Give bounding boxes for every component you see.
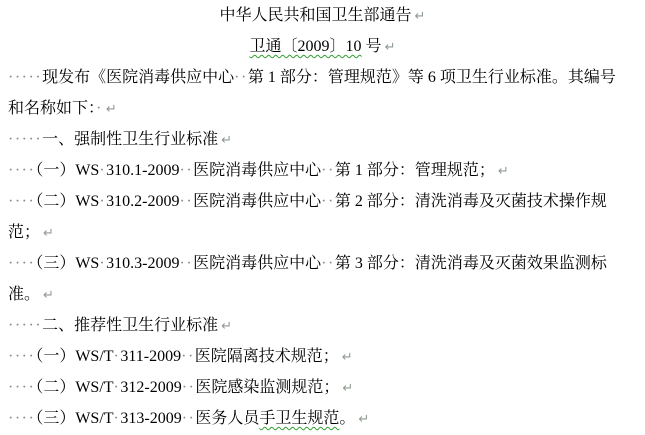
body-text: （三）WS	[35, 255, 99, 272]
space-marks: ·	[96, 100, 103, 117]
space-marks: ·····	[8, 69, 42, 86]
doc-number-wavy: 卫通〔2009〕10	[250, 38, 362, 55]
space-marks: ··	[179, 162, 193, 179]
space-marks: ··	[321, 193, 335, 210]
paragraph-mark-icon: ↵	[221, 319, 232, 334]
body-text: 第 1 部分：管理规范》等 6 项卫生行业标准。其编号	[248, 69, 616, 86]
paragraph-mark-icon: ↵	[221, 133, 232, 148]
body-text: 。	[339, 410, 355, 427]
section-heading-line: ·····二、推荐性卫生行业标准↵	[0, 310, 645, 341]
doc-number-tail: 号	[362, 38, 382, 55]
body-text: 第 3 部分：清洗消毒及灭菌效果监测标	[335, 255, 607, 272]
space-marks: ··	[321, 255, 335, 272]
section-heading-line: ·····一、强制性卫生行业标准↵	[0, 124, 645, 155]
paragraph-mark-icon: ↵	[342, 381, 353, 396]
space-marks: ····	[8, 410, 35, 427]
body-text: 准。	[8, 286, 40, 303]
body-text: （二）WS/T	[35, 379, 113, 396]
body-text: （三）WS/T	[35, 410, 113, 427]
body-text: 310.1-2009	[106, 162, 179, 179]
paragraph-mark-icon: ↵	[415, 9, 426, 24]
body-text: 310.2-2009	[106, 193, 179, 210]
paragraph-mark-icon: ↵	[358, 412, 369, 427]
body-text: 第 1 部分：管理规范；	[335, 162, 495, 179]
body-text: 医院消毒供应中心	[193, 162, 321, 179]
space-marks: ··	[321, 162, 335, 179]
list-item-line: 准。↵	[0, 279, 645, 310]
paragraph-line: ·····现发布《医院消毒供应中心··第 1 部分：管理规范》等 6 项卫生行业…	[0, 62, 645, 93]
space-marks: ··	[181, 348, 195, 365]
list-item-line: ····（三）WS/T·313-2009··医务人员手卫生规范。↵	[0, 403, 645, 434]
space-marks: ··	[179, 255, 193, 272]
space-marks: ····	[8, 348, 35, 365]
body-text: （二）WS	[35, 193, 99, 210]
space-marks: ····	[8, 255, 35, 272]
doc-number-line: 卫通〔2009〕10 号↵	[0, 31, 645, 62]
body-text: 医院消毒供应中心	[193, 193, 321, 210]
body-text: 医院消毒供应中心	[193, 255, 321, 272]
body-text: 二、推荐性卫生行业标准	[42, 317, 218, 334]
paragraph-mark-icon: ↵	[106, 102, 117, 117]
paragraph-line: 和名称如下：·↵	[0, 93, 645, 124]
paragraph-mark-icon: ↵	[342, 350, 353, 365]
list-item-line: ····（一）WS·310.1-2009··医院消毒供应中心··第 1 部分：管…	[0, 155, 645, 186]
list-item-line: ····（二）WS·310.2-2009··医院消毒供应中心··第 2 部分：清…	[0, 186, 645, 217]
space-marks: ··	[182, 379, 196, 396]
body-text: 范；	[8, 224, 40, 241]
body-text: 医院感染监测规范；	[195, 379, 339, 396]
body-text: 和名称如下：	[8, 100, 96, 117]
body-text: 310.3-2009	[106, 255, 179, 272]
list-item-line: ····（二）WS/T·312-2009··医院感染监测规范；↵	[0, 372, 645, 403]
paragraph-mark-icon: ↵	[385, 40, 396, 55]
space-marks: ·····	[8, 317, 42, 334]
body-text: （一）WS/T	[35, 348, 113, 365]
paragraph-mark-icon: ↵	[43, 288, 54, 303]
spellcheck-wavy-text: 手卫生规范	[259, 410, 339, 427]
body-text: 第 2 部分：清洗消毒及灭菌技术操作规	[335, 193, 607, 210]
body-text: 313-2009	[120, 410, 181, 427]
body-text: 一、强制性卫生行业标准	[42, 131, 218, 148]
list-item-line: ····（一）WS/T·311-2009··医院隔离技术规范；↵	[0, 341, 645, 372]
paragraph-mark-icon: ↵	[498, 164, 509, 179]
body-text: 311-2009	[120, 348, 181, 365]
space-marks: ····	[8, 162, 35, 179]
space-marks: ··	[179, 193, 193, 210]
space-marks: ··	[234, 69, 248, 86]
body-text: 医务人员	[195, 410, 259, 427]
body-text: 医院隔离技术规范；	[195, 348, 339, 365]
space-marks: ····	[8, 193, 35, 210]
list-item-line: 范；↵	[0, 217, 645, 248]
body-text: 现发布《医院消毒供应中心	[42, 69, 234, 86]
space-marks: ····	[8, 379, 35, 396]
doc-title: 中华人民共和国卫生部通告	[220, 7, 412, 24]
body-text: 312-2009	[120, 379, 181, 396]
doc-title-line: 中华人民共和国卫生部通告↵	[0, 0, 645, 31]
space-marks: ·····	[8, 131, 42, 148]
body-text: （一）WS	[35, 162, 99, 179]
space-marks: ··	[182, 410, 196, 427]
paragraph-mark-icon: ↵	[43, 226, 54, 241]
word-document-page[interactable]: 中华人民共和国卫生部通告↵ 卫通〔2009〕10 号↵ ·····现发布《医院消…	[0, 0, 645, 435]
list-item-line: ····（三）WS·310.3-2009··医院消毒供应中心··第 3 部分：清…	[0, 248, 645, 279]
